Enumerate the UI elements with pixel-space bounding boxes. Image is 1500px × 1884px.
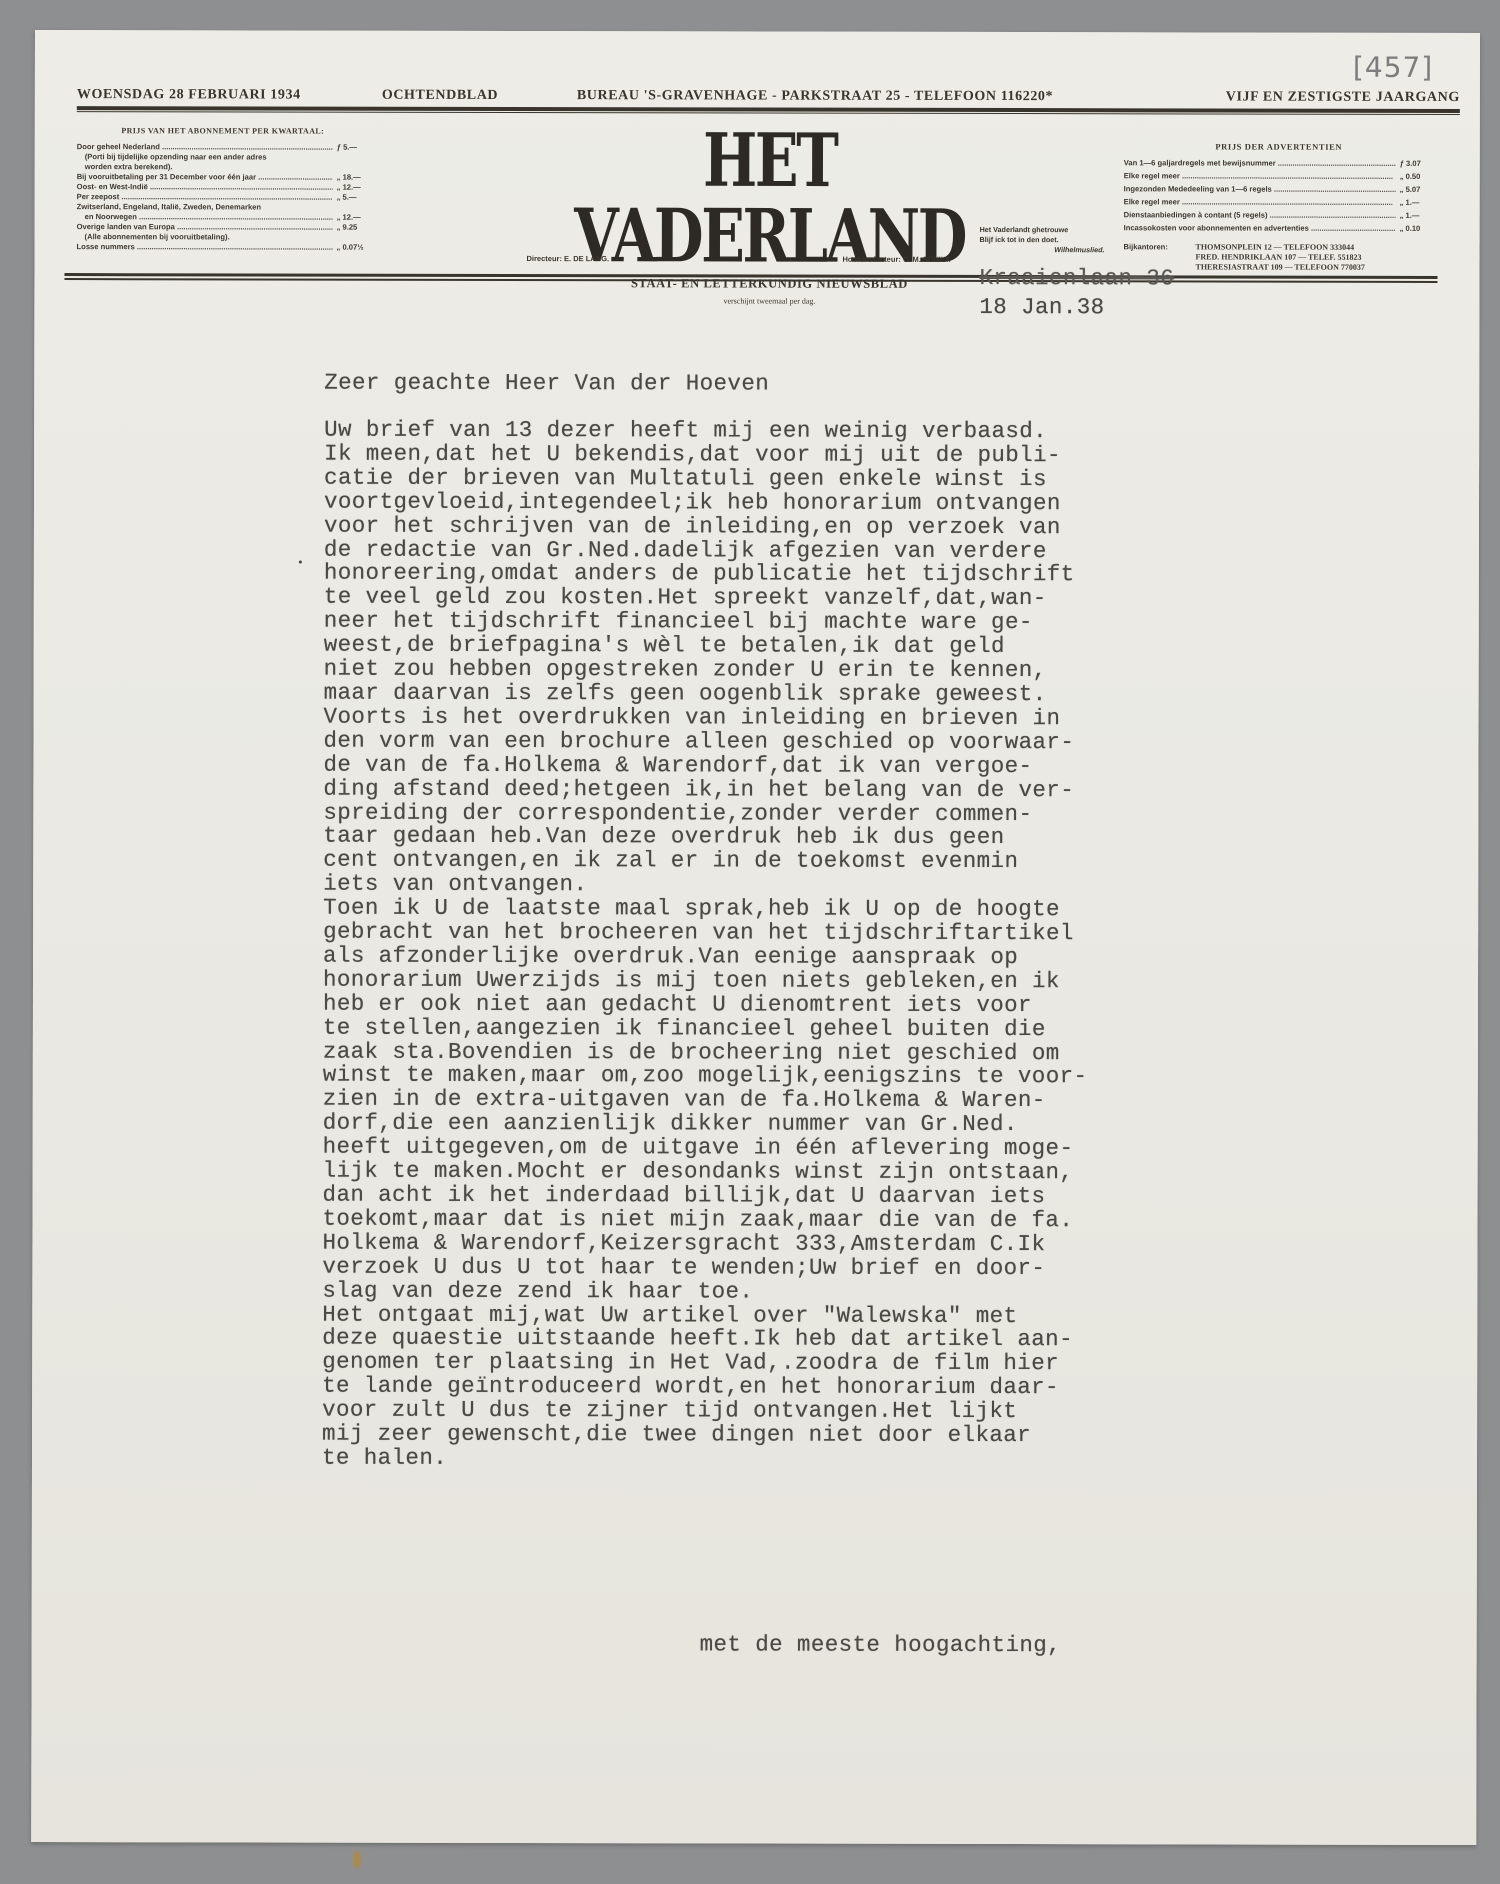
editor-in-chief: Hoofdredacteur: C. M. SCHILT.: [843, 255, 951, 264]
price-label: Door geheel Nederland: [77, 142, 333, 153]
letter-body: Uw brief van 13 dezer heeft mij een wein…: [322, 419, 1284, 1473]
newspaper-title: HET VADERLAND: [511, 122, 1028, 274]
ad-price-label: Van 1—6 galjardregels met bewijsnummer: [1124, 156, 1396, 170]
body-line: te halen.: [322, 1447, 1282, 1473]
price-label: Overige landen van Europa: [77, 222, 333, 233]
price-label: Losse nummers: [77, 242, 333, 253]
motto-source: Wilhelmuslied.: [980, 245, 1105, 255]
ad-price-value: „ 1.—: [1396, 209, 1434, 222]
letter-date: 18 Jan.38: [979, 294, 1104, 320]
advertising-heading: PRIJS DER ADVERTENTIEN: [1124, 140, 1434, 154]
price-value: „ 12.—: [333, 213, 369, 223]
branch-address: THERESIASTRAAT 109 — TELEFOON 770037: [1195, 262, 1364, 272]
price-note: worden extra berekend).: [85, 162, 369, 173]
archive-number: [457]: [1353, 51, 1433, 84]
stain-mark: [353, 1851, 361, 1869]
edition: OCHTENDBLAD: [382, 88, 498, 104]
issue-date: WOENSDAG 28 FEBRUARI 1934: [77, 87, 301, 103]
ad-price-value: „ 0.50: [1396, 170, 1434, 183]
margin-mark: [299, 561, 302, 564]
motto: Het Vaderlandt ghetrouwe Blijf ick tot i…: [980, 225, 1105, 255]
closing: met de meeste hoogachting,: [700, 1631, 1062, 1658]
price-value: „ 0.07½: [333, 243, 369, 253]
price-value: „ 12.—: [333, 183, 369, 193]
ad-price-value: ƒ 3.07: [1396, 157, 1434, 170]
ad-price-label: Elke regel meer: [1124, 195, 1396, 209]
price-label: Per zeepost: [77, 192, 333, 203]
ad-price-value: „ 1.—: [1396, 196, 1434, 209]
price-value: ƒ 5.—: [333, 143, 369, 153]
subscription-prices: PRIJS VAN HET ABONNEMENT PER KWARTAAL: D…: [77, 126, 369, 253]
ad-price-value: „ 0.10: [1396, 222, 1434, 235]
price-note: (Alle abonnementen bij vooruitbetaling).: [85, 232, 369, 243]
price-label: Bij vooruitbetaling per 31 December voor…: [77, 172, 333, 183]
price-value: „ 5.—: [333, 193, 369, 203]
advertising-prices: PRIJS DER ADVERTENTIEN Van 1—6 galjardre…: [1123, 140, 1433, 273]
letter-page: [457] WOENSDAG 28 FEBRUARI 1934 OCHTENDB…: [31, 30, 1480, 1845]
ad-price-label: Incassokosten voor abonnementen en adver…: [1124, 221, 1396, 235]
ad-price-label: Ingezonden Mededeeling van 1—6 regels: [1124, 182, 1396, 196]
ad-price-label: Elke regel meer: [1124, 169, 1396, 183]
branch-address: FRED. HENDRIKLAAN 107 — TELEF. 551823: [1196, 252, 1365, 262]
ad-price-value: „ 5.07: [1396, 183, 1434, 196]
motto-line: Blijf ick tot in den doet.: [980, 235, 1105, 245]
body-line: mij zeer gewenscht,die twee dingen niet …: [322, 1423, 1282, 1449]
bureau-address: BUREAU 'S-GRAVENHAGE - PARKSTRAAT 25 - T…: [577, 88, 1053, 105]
branch-address: THOMSONPLEIN 12 — TELEFOON 333044: [1196, 242, 1365, 252]
salutation: Zeer geachte Heer Van der Hoeven: [324, 370, 769, 397]
price-label: Oost- en West-Indië: [77, 182, 333, 193]
ad-price-label: Dienstaanbiedingen à contant (5 regels): [1124, 208, 1396, 222]
price-value: „ 18.—: [333, 173, 369, 183]
motto-line: Het Vaderlandt ghetrouwe: [980, 225, 1105, 235]
volume: VIJF EN ZESTIGSTE JAARGANG: [1226, 89, 1460, 105]
price-label: en Noorwegen: [85, 212, 333, 223]
bottom-rule: [64, 273, 1437, 283]
price-note: (Porti bij tijdelijke opzending naar een…: [85, 152, 369, 163]
director: Directeur: E. DE LANG.: [527, 254, 610, 263]
price-label: Zwitserland, Engeland, Italië, Zweden, D…: [77, 202, 369, 213]
struck-address: Kraaienlaan 36: [979, 265, 1174, 291]
price-value: „ 9.25: [333, 223, 369, 233]
subscription-heading: PRIJS VAN HET ABONNEMENT PER KWARTAAL:: [77, 126, 369, 137]
